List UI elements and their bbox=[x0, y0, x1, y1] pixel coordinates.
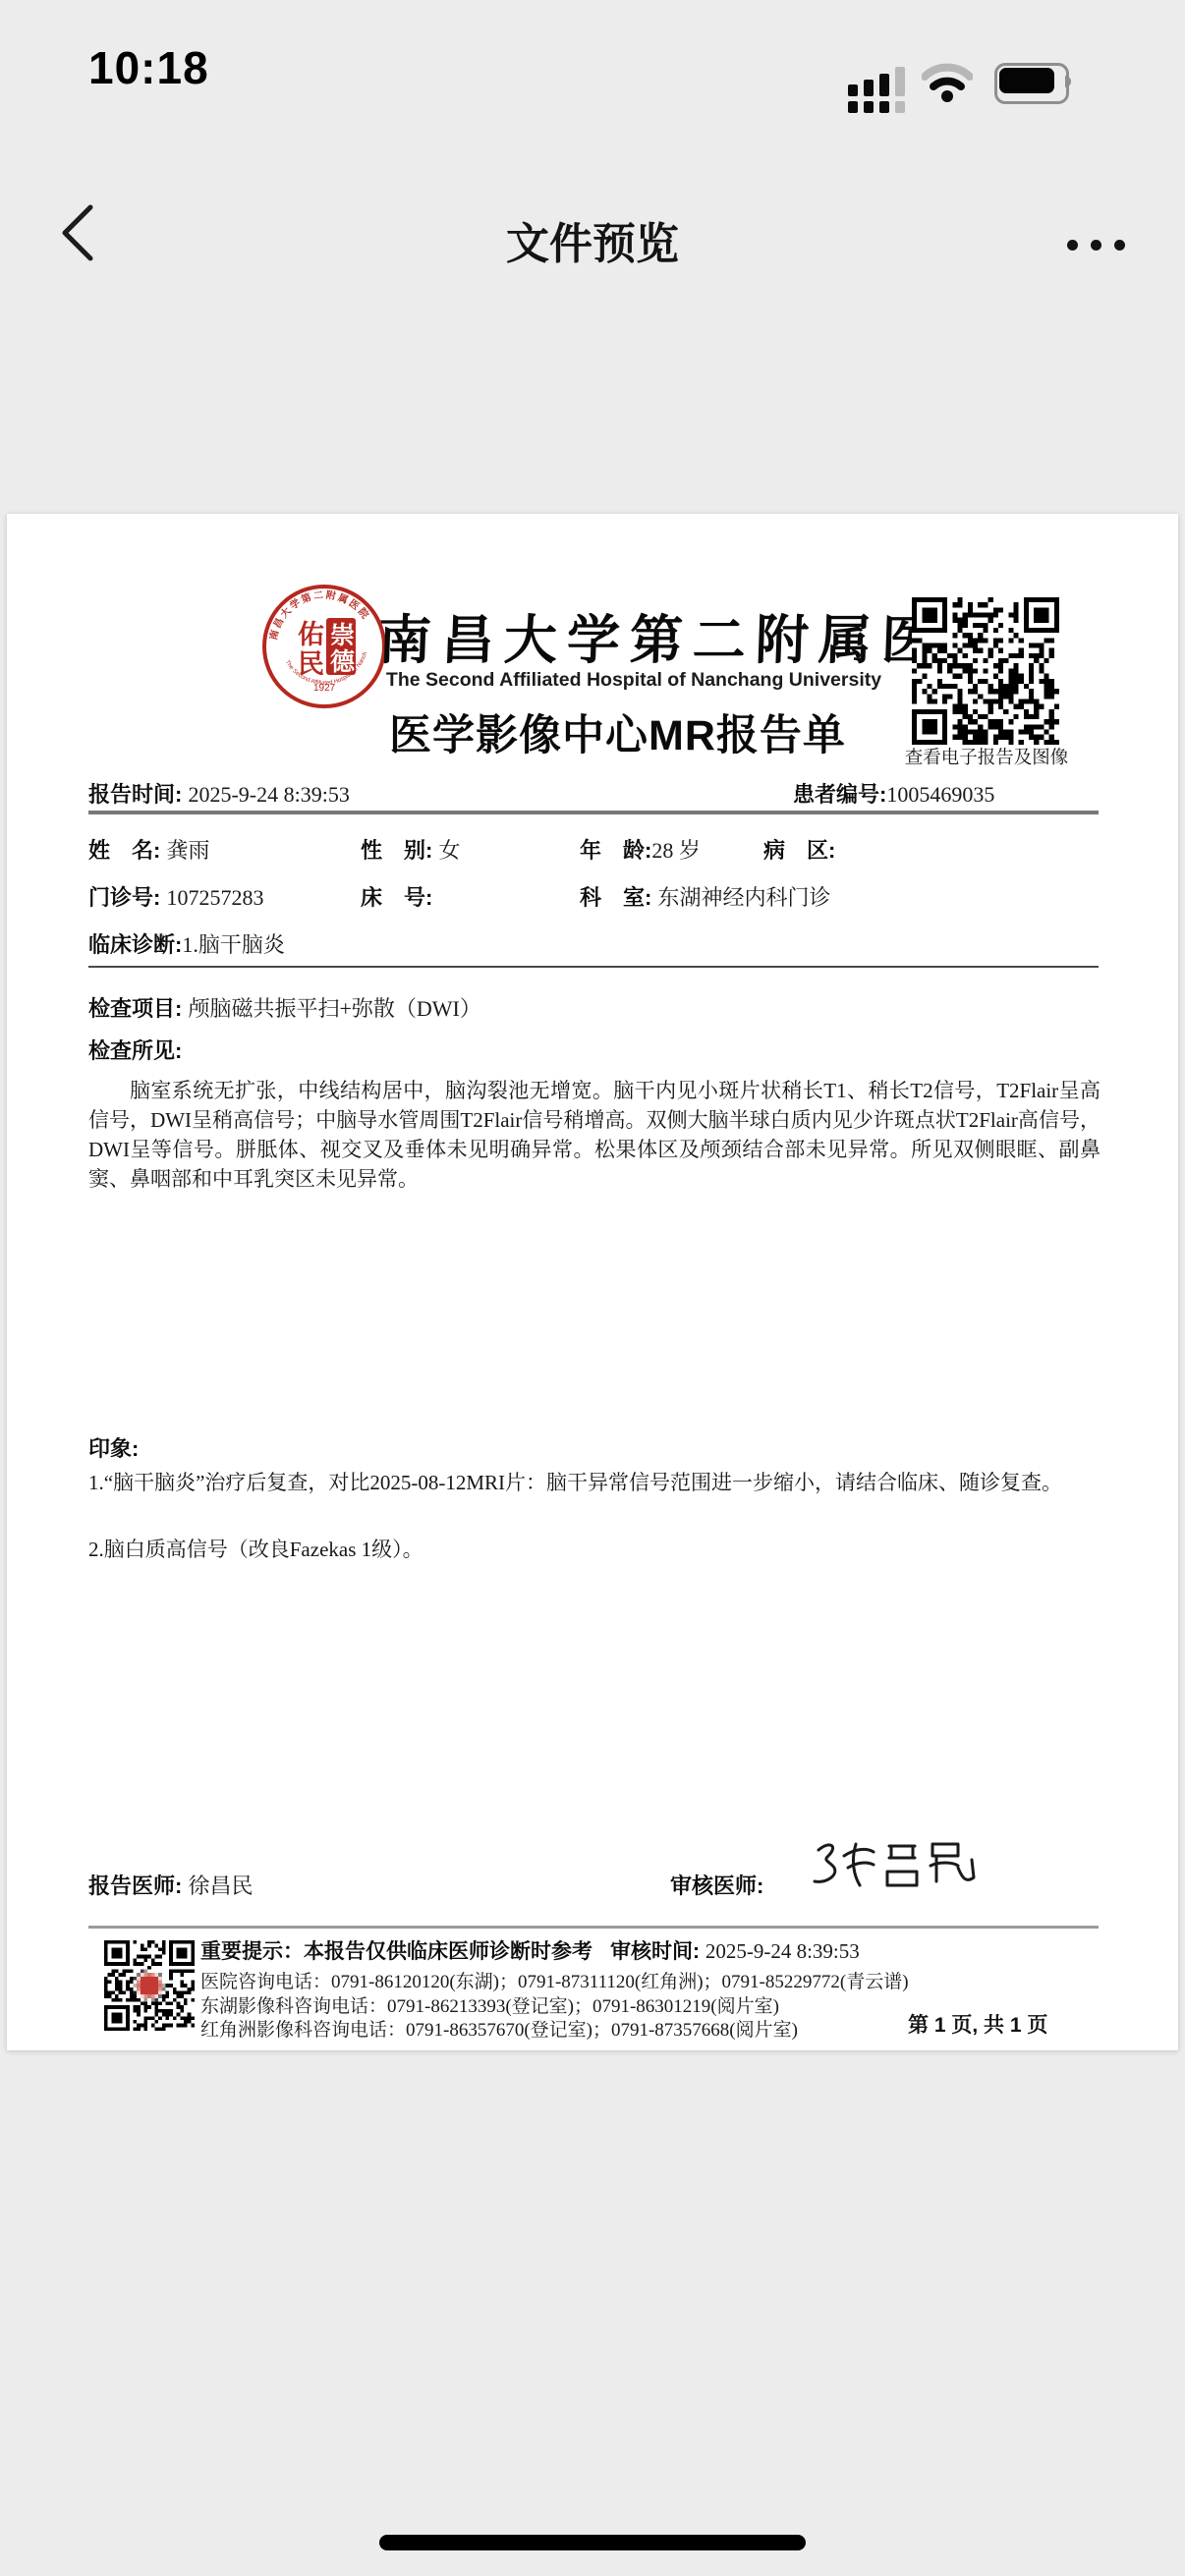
patient-name-field: 姓 名: 龚雨 bbox=[88, 834, 209, 865]
reviewer-signature bbox=[805, 1832, 977, 1896]
patient-ward-field: 病 区: bbox=[763, 834, 835, 865]
cellular-signal-icon bbox=[848, 61, 909, 110]
wifi-icon bbox=[922, 63, 973, 107]
clinical-diagnosis-field: 临床诊断:1.脑干脑炎 bbox=[88, 928, 285, 959]
more-menu-button[interactable] bbox=[1067, 240, 1150, 255]
report-document: 南昌大学第二附属医院 The Second Affiliated Hospita… bbox=[7, 514, 1178, 2050]
report-doctor-field: 报告医师: 徐昌民 bbox=[88, 1870, 253, 1900]
patient-bed-field: 床 号: bbox=[361, 881, 432, 912]
more-dot-icon bbox=[1067, 240, 1078, 251]
svg-text:民: 民 bbox=[298, 649, 324, 679]
impression-label: 印象: bbox=[88, 1432, 139, 1463]
svg-text:崇: 崇 bbox=[330, 622, 355, 649]
home-indicator[interactable] bbox=[379, 2535, 806, 2550]
report-qr-code bbox=[912, 597, 1059, 745]
hospital-name-en: The Second Affiliated Hospital of Nancha… bbox=[378, 669, 889, 692]
battery-icon bbox=[994, 63, 1077, 100]
divider bbox=[88, 966, 1099, 968]
footer-phone-line: 东湖影像科咨询电话：0791-86213393(登记室)；0791-863012… bbox=[200, 1991, 779, 2018]
patient-gender-field: 性 别: 女 bbox=[361, 834, 460, 865]
patient-opd-field: 门诊号: 107257283 bbox=[88, 881, 263, 912]
report-time-field: 报告时间: 2025-9-24 8:39:53 bbox=[88, 778, 350, 809]
svg-text:1927: 1927 bbox=[313, 683, 336, 694]
status-time: 10:18 bbox=[88, 41, 209, 94]
patient-dept-field: 科 室: 东湖神经内科门诊 bbox=[580, 881, 830, 912]
findings-label: 检查所见: bbox=[88, 1035, 182, 1065]
patient-id-field: 患者编号:1005469035 bbox=[793, 778, 994, 809]
svg-text:佑: 佑 bbox=[298, 620, 324, 649]
patient-age-field: 年 龄:28 岁 bbox=[580, 834, 701, 865]
exam-item-field: 检查项目: 颅脑磁共振平扫+弥散（DWI） bbox=[88, 992, 481, 1023]
hospital-name-cn: 南昌大学第二附属医院 bbox=[377, 598, 891, 674]
review-doctor-field: 审核医师: bbox=[670, 1870, 763, 1900]
divider bbox=[88, 811, 1099, 814]
hospital-seal: 南昌大学第二附属医院 The Second Affiliated Hospita… bbox=[260, 583, 388, 710]
page-title: 文件预览 bbox=[0, 208, 1185, 271]
footer-notice: 重要提示：本报告仅供临床医师诊断时参考审核时间: 2025-9-24 8:39:… bbox=[200, 1935, 860, 1965]
footer-phone-line: 医院咨询电话：0791-86120120(东湖)；0791-87311120(红… bbox=[200, 1967, 909, 1993]
footer-phone-line: 红角洲影像科咨询电话：0791-86357670(登记室)；0791-87357… bbox=[200, 2015, 798, 2042]
svg-text:德: 德 bbox=[330, 648, 356, 676]
divider bbox=[88, 1926, 1099, 1929]
page-number: 第 1 页, 共 1 页 bbox=[908, 2009, 1047, 2039]
findings-text: 脑室系统无扩张，中线结构居中，脑沟裂池无增宽。脑干内见小斑片状稍长T1、稍长T2… bbox=[88, 1076, 1100, 1194]
qr-caption: 查看电子报告及图像 bbox=[899, 744, 1074, 769]
footer-qr-code bbox=[104, 1940, 195, 2031]
impression-item: 1.“脑干脑炎”治疗后复查，对比2025-08-12MRI片：脑干异常信号范围进… bbox=[88, 1467, 1100, 1498]
report-title: 医学影像中心MR报告单 bbox=[389, 702, 846, 762]
wechat-file-preview-screen: 10:18 文件预览 bbox=[0, 0, 1185, 2576]
impression-item: 2.脑白质高信号（改良Fazekas 1级）。 bbox=[88, 1534, 1100, 1565]
